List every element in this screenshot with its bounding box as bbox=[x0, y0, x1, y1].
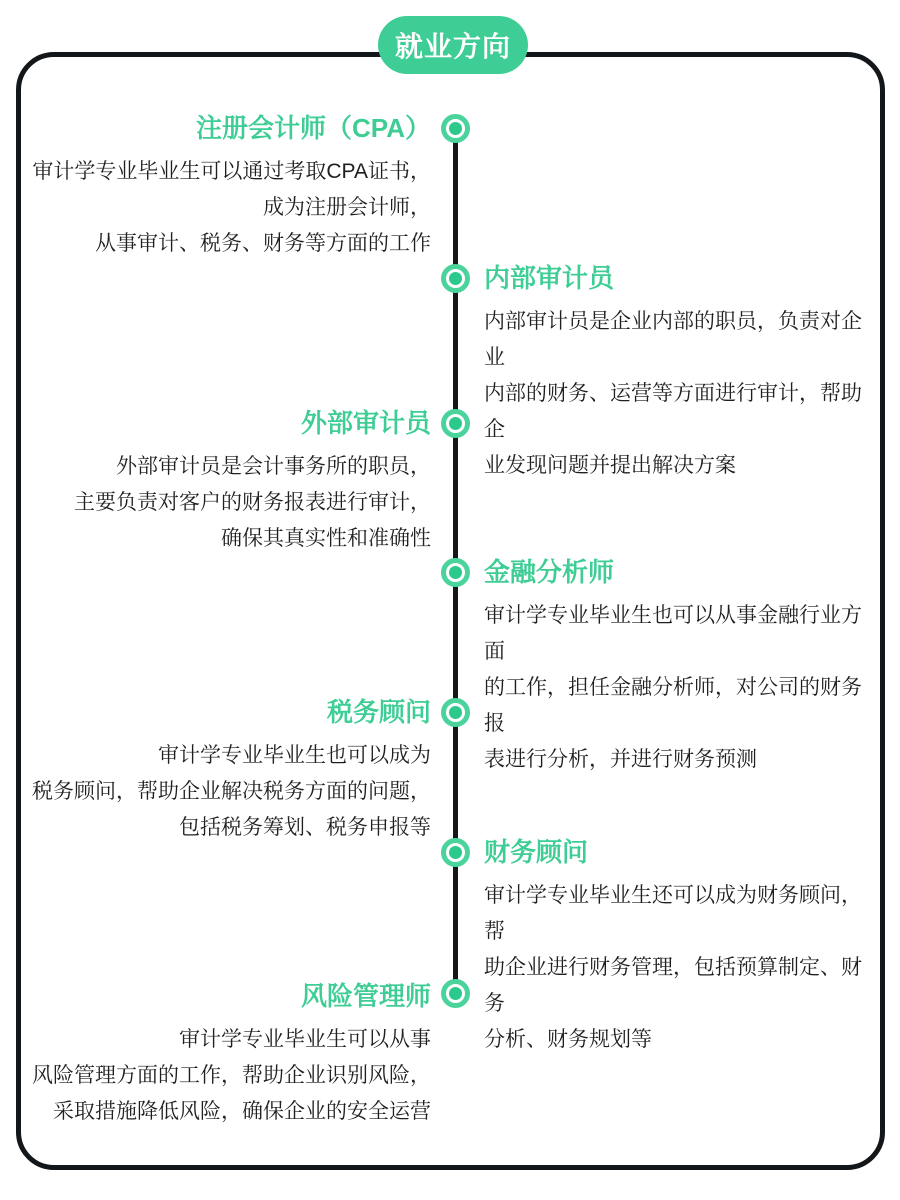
header-badge: 就业方向 bbox=[378, 16, 528, 74]
item-body: 审计学专业毕业生还可以成为财务顾问，帮 助企业进行财务管理，包括预算制定、财务 … bbox=[484, 878, 876, 1058]
item-body: 审计学专业毕业生也可以从事金融行业方面 的工作，担任金融分析师，对公司的财务报 … bbox=[484, 598, 876, 778]
item-title: 注册会计师（CPA） bbox=[31, 110, 431, 146]
node-dot bbox=[449, 706, 462, 719]
item-title: 外部审计员 bbox=[31, 405, 431, 441]
timeline-item-financial-consultant: 财务顾问 审计学专业毕业生还可以成为财务顾问，帮 助企业进行财务管理，包括预算制… bbox=[484, 834, 876, 1058]
timeline-item-risk-manager: 风险管理师 审计学专业毕业生可以从事 风险管理方面的工作，帮助企业识别风险， 采… bbox=[31, 978, 431, 1130]
node-dot bbox=[449, 417, 462, 430]
node-dot bbox=[449, 272, 462, 285]
node-dot bbox=[449, 122, 462, 135]
item-body: 审计学专业毕业生可以从事 风险管理方面的工作，帮助企业识别风险， 采取措施降低风… bbox=[31, 1022, 431, 1130]
item-title: 金融分析师 bbox=[484, 554, 876, 590]
item-title: 税务顾问 bbox=[31, 694, 431, 730]
timeline-node-icon bbox=[441, 558, 470, 587]
node-dot bbox=[449, 846, 462, 859]
item-body: 外部审计员是会计事务所的职员， 主要负责对客户的财务报表进行审计， 确保其真实性… bbox=[31, 449, 431, 557]
timeline-node-icon bbox=[441, 114, 470, 143]
timeline-node-icon bbox=[441, 264, 470, 293]
item-body: 内部审计员是企业内部的职员，负责对企业 内部的财务、运营等方面进行审计，帮助企 … bbox=[484, 304, 876, 484]
node-dot bbox=[449, 566, 462, 579]
timeline-node-icon bbox=[441, 979, 470, 1008]
timeline-item-cpa: 注册会计师（CPA） 审计学专业毕业生可以通过考取CPA证书， 成为注册会计师，… bbox=[31, 110, 431, 262]
timeline-item-internal-auditor: 内部审计员 内部审计员是企业内部的职员，负责对企业 内部的财务、运营等方面进行审… bbox=[484, 260, 876, 484]
item-title: 财务顾问 bbox=[484, 834, 876, 870]
timeline-item-tax-consultant: 税务顾问 审计学专业毕业生也可以成为 税务顾问，帮助企业解决税务方面的问题， 包… bbox=[31, 694, 431, 846]
item-body: 审计学专业毕业生可以通过考取CPA证书， 成为注册会计师， 从事审计、税务、财务… bbox=[31, 154, 431, 262]
node-dot bbox=[449, 987, 462, 1000]
header-badge-label: 就业方向 bbox=[395, 25, 511, 65]
timeline-item-financial-analyst: 金融分析师 审计学专业毕业生也可以从事金融行业方面 的工作，担任金融分析师，对公… bbox=[484, 554, 876, 778]
item-title: 内部审计员 bbox=[484, 260, 876, 296]
timeline-item-external-auditor: 外部审计员 外部审计员是会计事务所的职员， 主要负责对客户的财务报表进行审计， … bbox=[31, 405, 431, 557]
timeline-node-icon bbox=[441, 838, 470, 867]
item-title: 风险管理师 bbox=[31, 978, 431, 1014]
content-card: 注册会计师（CPA） 审计学专业毕业生可以通过考取CPA证书， 成为注册会计师，… bbox=[16, 52, 885, 1170]
timeline-node-icon bbox=[441, 409, 470, 438]
item-body: 审计学专业毕业生也可以成为 税务顾问，帮助企业解决税务方面的问题， 包括税务筹划… bbox=[31, 738, 431, 846]
timeline-node-icon bbox=[441, 698, 470, 727]
